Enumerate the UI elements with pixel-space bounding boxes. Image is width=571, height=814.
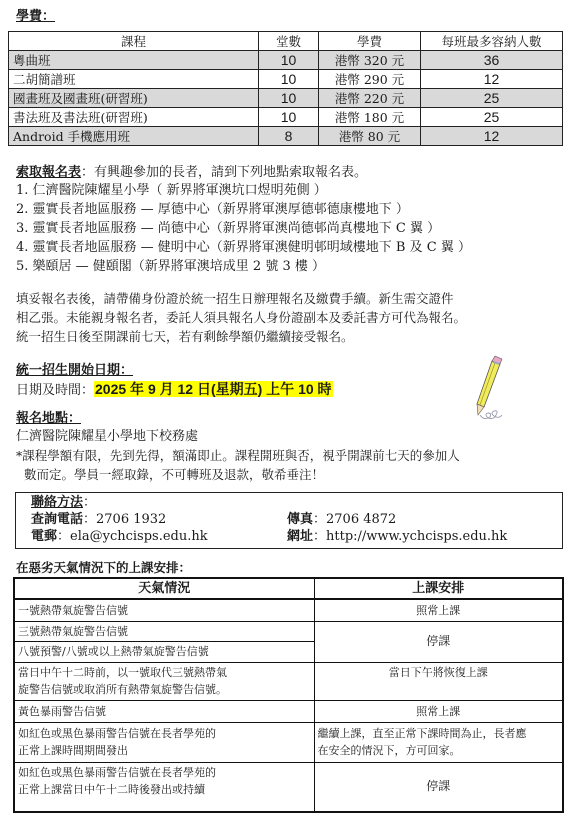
fax-row: 傳真：2706 4872 [287,512,396,528]
table-row: 書法班及書法班(研習班) 10 港幣 180 元 25 [9,108,563,127]
course-name: 國畫班及國畫班(研習班) [9,89,259,108]
condition-line: 當日中午十二時前，以一號取代三號熱帶氣 [18,664,311,681]
condition-line: 旋警告信號或取消所有熱帶氣旋警告信號。 [18,681,311,698]
sessions: 10 [259,51,319,70]
condition: 八號預警/八號或以上熱帶氣旋警告信號 [14,641,314,662]
capacity: 36 [421,51,563,70]
enrollment-datetime-row: 日期及時間：2025 年 9 月 12 日(星期五) 上午 10 時 [16,381,333,399]
web-label: 網址 [287,529,313,544]
col-capacity: 每班最多容納人數 [421,32,563,51]
sessions: 10 [259,108,319,127]
condition: 黃色暴雨警告信號 [14,700,314,722]
arrangement: 照常上課 [314,700,563,722]
location-item: 2. 靈實長者地區服務 — 厚德中心（新界將軍澳厚德邨德康樓地下 ） [16,202,409,218]
phone-row: 查詢電話：2706 1932 [31,512,166,528]
location-item: 1. 仁濟醫院陳耀星小學（ 新界將軍澳坑口煜明苑側 ） [16,183,327,199]
pencil-icon [462,355,512,425]
fee: 港幣 320 元 [319,51,421,70]
contact-colon: ： [83,495,96,510]
col-fee: 學費 [319,32,421,51]
arrangement: 停課 [314,621,563,662]
condition-line: 如紅色或黑色暴雨警告信號在長者學苑的 [18,725,311,742]
sessions: 10 [259,89,319,108]
condition: 如紅色或黑色暴雨警告信號在長者學苑的 正常上課時間期間發出 [14,722,314,762]
condition: 三號熱帶氣旋警告信號 [14,621,314,641]
arrangement: 照常上課 [314,599,563,621]
table-row: 如紅色或黑色暴雨警告信號在長者學苑的 正常上課當日中午十二時後發出或持續 停課 [14,762,563,812]
table-row: 當日中午十二時前，以一號取代三號熱帶氣 旋警告信號或取消所有熱帶氣旋警告信號。 … [14,662,563,700]
venue-note: 數而定。學員一經取錄，不可轉班及退款，敬希垂注！ [24,467,324,483]
capacity: 12 [421,127,563,146]
contact-heading: 聯絡方法 [31,495,83,510]
fee: 港幣 80 元 [319,127,421,146]
arrangement: 停課 [314,762,563,812]
phone-value: ：2706 1932 [83,512,166,527]
enrollment-datetime: 2025 年 9 月 12 日(星期五) 上午 10 時 [94,381,333,397]
capacity: 25 [421,108,563,127]
forms-heading: 索取報名表 [16,165,81,180]
instruction-line: 填妥報名表後，請帶備身份證於統一招生日辦理報名及繳費手續。新生需交證件 [16,291,454,307]
course-name: 二胡簡譜班 [9,70,259,89]
weather-table: 天氣情況 上課安排 一號熱帶氣旋警告信號 照常上課 三號熱帶氣旋警告信號 停課 … [13,577,564,813]
col-arrangement: 上課安排 [314,578,563,599]
instruction-line: 相乙張。未能親身報名者，委託人須具報名人身份證副本及委託書方可代為報名。 [16,310,466,326]
table-row: 粵曲班 10 港幣 320 元 36 [9,51,563,70]
forms-intro-text: ：有興趣參加的長者，請到下列地點索取報名表。 [81,165,367,180]
email-link[interactable]: ：ela@ychcisps.edu.hk [57,529,208,544]
course-name: Android 手機應用班 [9,127,259,146]
fee: 港幣 180 元 [319,108,421,127]
table-row: 二胡簡譜班 10 港幣 290 元 12 [9,70,563,89]
fax-value: ：2706 4872 [313,512,396,527]
arrangement: 當日下午將恢復上課 [314,662,563,700]
condition-line: 如紅色或黑色暴雨警告信號在長者學苑的 [18,764,311,781]
course-name: 書法班及書法班(研習班) [9,108,259,127]
fax-label: 傳真 [287,512,313,527]
fees-header-row: 課程 堂數 學費 每班最多容納人數 [9,32,563,51]
web-row: 網址：http://www.ychcisps.edu.hk [287,529,507,545]
sessions: 8 [259,127,319,146]
table-row: 國畫班及國畫班(研習班) 10 港幣 220 元 25 [9,89,563,108]
condition-line: 正常上課時間期間發出 [18,742,311,759]
fees-heading: 學費： [16,5,55,24]
weather-header-row: 天氣情況 上課安排 [14,578,563,599]
condition-line: 正常上課當日中午十二時後發出或持續 [18,781,311,798]
arrangement-line: 在安全的情況下，方可回家。 [318,742,560,759]
condition: 如紅色或黑色暴雨警告信號在長者學苑的 正常上課當日中午十二時後發出或持續 [14,762,314,812]
web-link[interactable]: ：http://www.ychcisps.edu.hk [313,529,507,544]
venue-note: *課程學額有限，先到先得，額滿即止。課程開班與否，視乎開課前七天的參加人 [16,448,460,464]
phone-label: 查詢電話 [31,512,83,527]
contact-box: 聯絡方法： 查詢電話：2706 1932 傳真：2706 4872 電郵：ela… [15,492,563,549]
sessions: 10 [259,70,319,89]
col-sessions: 堂數 [259,32,319,51]
fees-table: 課程 堂數 學費 每班最多容納人數 粵曲班 10 港幣 320 元 36 二胡簡… [8,31,563,146]
col-condition: 天氣情況 [14,578,314,599]
venue-place: 仁濟醫院陳耀星小學地下校務處 [16,429,198,445]
capacity: 12 [421,70,563,89]
condition: 當日中午十二時前，以一號取代三號熱帶氣 旋警告信號或取消所有熱帶氣旋警告信號。 [14,662,314,700]
table-row: 一號熱帶氣旋警告信號 照常上課 [14,599,563,621]
email-row: 電郵：ela@ychcisps.edu.hk [31,529,208,545]
arrangement-line: 繼續上課，直至正常下課時間為止，長者應 [318,725,560,742]
location-item: 5. 樂頤居 — 健頤閣（新界將軍澳培成里 2 號 3 樓 ） [16,259,325,275]
table-row: Android 手機應用班 8 港幣 80 元 12 [9,127,563,146]
condition: 一號熱帶氣旋警告信號 [14,599,314,621]
forms-intro: 索取報名表：有興趣參加的長者，請到下列地點索取報名表。 [16,165,367,181]
datetime-label: 日期及時間： [16,383,94,398]
col-course: 課程 [9,32,259,51]
table-row: 如紅色或黑色暴雨警告信號在長者學苑的 正常上課時間期間發出 繼續上課，直至正常下… [14,722,563,762]
fee: 港幣 290 元 [319,70,421,89]
instruction-line: 統一招生日後至開課前七天，若有剩餘學額仍繼續接受報名。 [16,329,354,345]
location-item: 3. 靈實長者地區服務 — 尚德中心（新界將軍澳尚德邨尚真樓地下 C 翼 ） [16,221,440,237]
arrangement: 繼續上課，直至正常下課時間為止，長者應 在安全的情況下，方可回家。 [314,722,563,762]
weather-heading: 在惡劣天氣情況下的上課安排： [16,560,191,576]
email-label: 電郵 [31,529,57,544]
venue-heading: 報名地點： [16,411,81,427]
fee: 港幣 220 元 [319,89,421,108]
table-row: 三號熱帶氣旋警告信號 停課 [14,621,563,641]
table-row: 黃色暴雨警告信號 照常上課 [14,700,563,722]
course-name: 粵曲班 [9,51,259,70]
capacity: 25 [421,89,563,108]
location-item: 4. 靈實長者地區服務 — 健明中心（新界將軍澳健明邨明域樓地下 B 及 C 翼… [16,240,471,256]
contact-heading-row: 聯絡方法： [31,495,96,511]
enrollment-heading: 統一招生開始日期： [16,363,133,379]
